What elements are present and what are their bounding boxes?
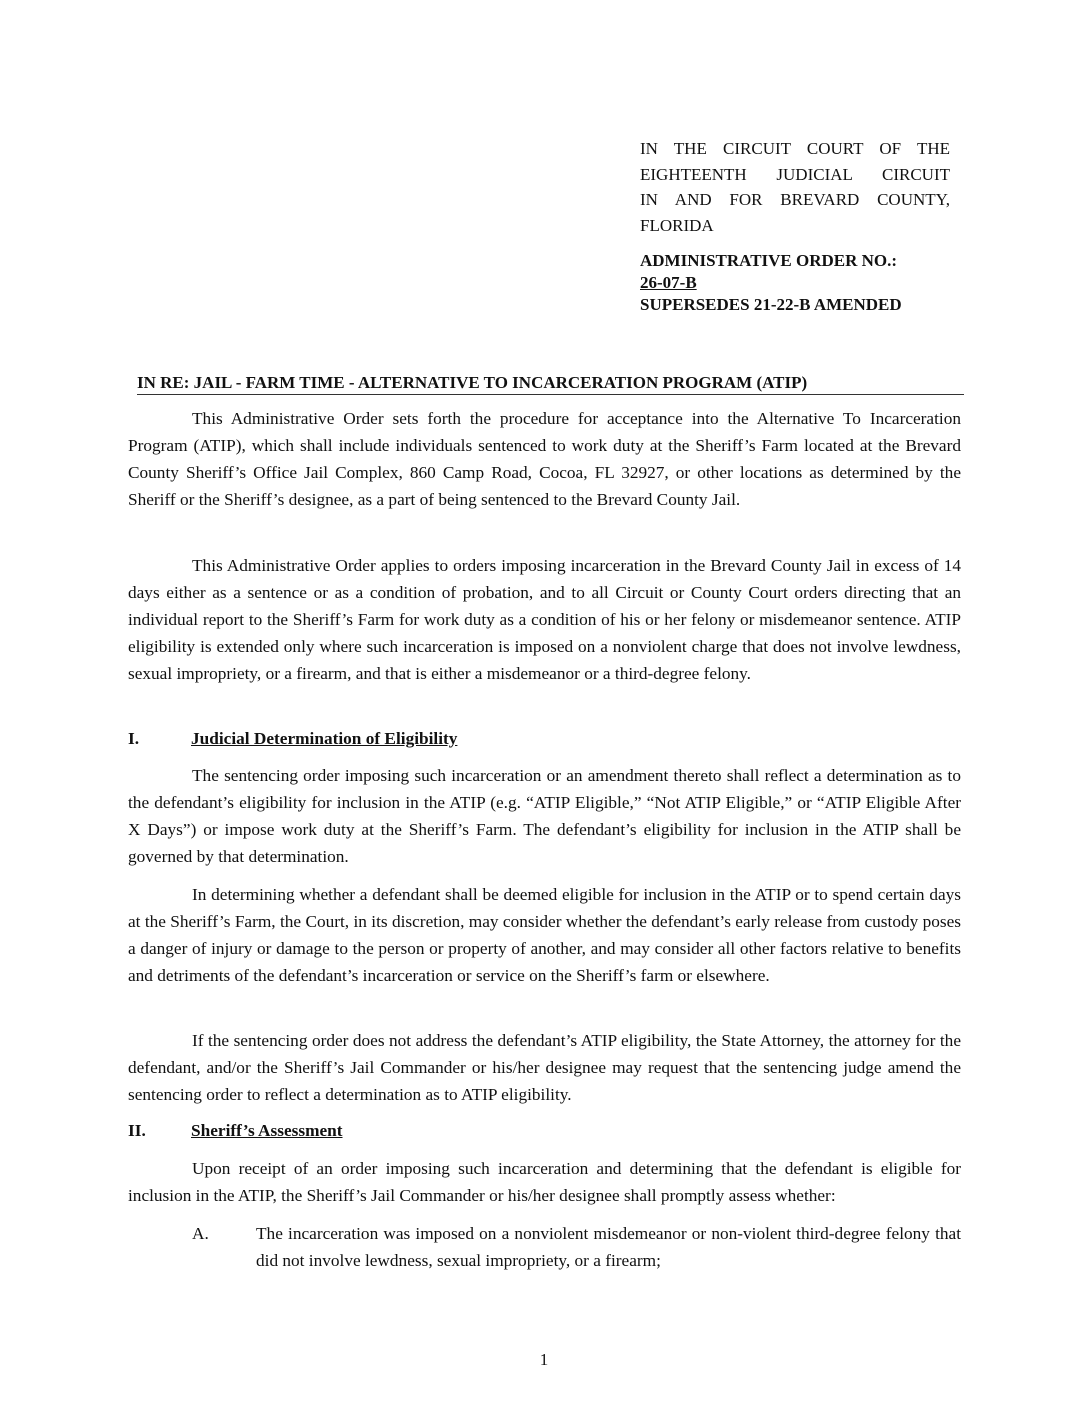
section-heading-2: II.Sheriff’s Assessment [128,1119,343,1143]
section-numeral: II. [128,1119,191,1143]
order-number: 26-07-B [640,272,960,294]
list-item-label: A. [192,1220,209,1247]
order-number-block: ADMINISTRATIVE ORDER NO.: 26-07-B SUPERS… [640,250,960,316]
court-line: FLORIDA [640,213,950,239]
section-1-paragraph-3: If the sentencing order does not address… [128,1027,961,1108]
paragraph-text: In determining whether a defendant shall… [128,881,961,989]
paragraph-text: Upon receipt of an order imposing such i… [128,1155,961,1209]
applies-paragraph: This Administrative Order applies to ord… [128,552,961,687]
section-1-paragraph-1: The sentencing order imposing such incar… [128,762,961,870]
supersedes-line: SUPERSEDES 21-22-B AMENDED [640,294,960,316]
section-2-paragraph-1: Upon receipt of an order imposing such i… [128,1155,961,1209]
court-line: IN THE CIRCUIT COURT OF THE [640,136,950,162]
order-label: ADMINISTRATIVE ORDER NO.: [640,250,960,272]
section-numeral: I. [128,727,191,751]
paragraph-text: This Administrative Order sets forth the… [128,405,961,513]
paragraph-text: This Administrative Order applies to ord… [128,552,961,687]
section-1-paragraph-2: In determining whether a defendant shall… [128,881,961,989]
court-line: IN AND FOR BREVARD COUNTY, [640,187,950,213]
list-item: A. The incarceration was imposed on a no… [192,1220,961,1274]
court-line: EIGHTEENTH JUDICIAL CIRCUIT [640,162,950,188]
court-caption: IN THE CIRCUIT COURT OF THE EIGHTEENTH J… [640,136,950,238]
document-page: IN THE CIRCUIT COURT OF THE EIGHTEENTH J… [0,0,1088,1408]
paragraph-text: The sentencing order imposing such incar… [128,762,961,870]
section-heading-1: I.Judicial Determination of Eligibility [128,727,457,751]
in-re-heading: IN RE: JAIL - FARM TIME - ALTERNATIVE TO… [137,372,964,395]
intro-paragraph: This Administrative Order sets forth the… [128,405,961,513]
section-title: Sheriff’s Assessment [191,1121,343,1140]
list-item-text: The incarceration was imposed on a nonvi… [256,1220,961,1274]
section-title: Judicial Determination of Eligibility [191,729,457,748]
page-number: 1 [0,1350,1088,1370]
paragraph-text: If the sentencing order does not address… [128,1027,961,1108]
